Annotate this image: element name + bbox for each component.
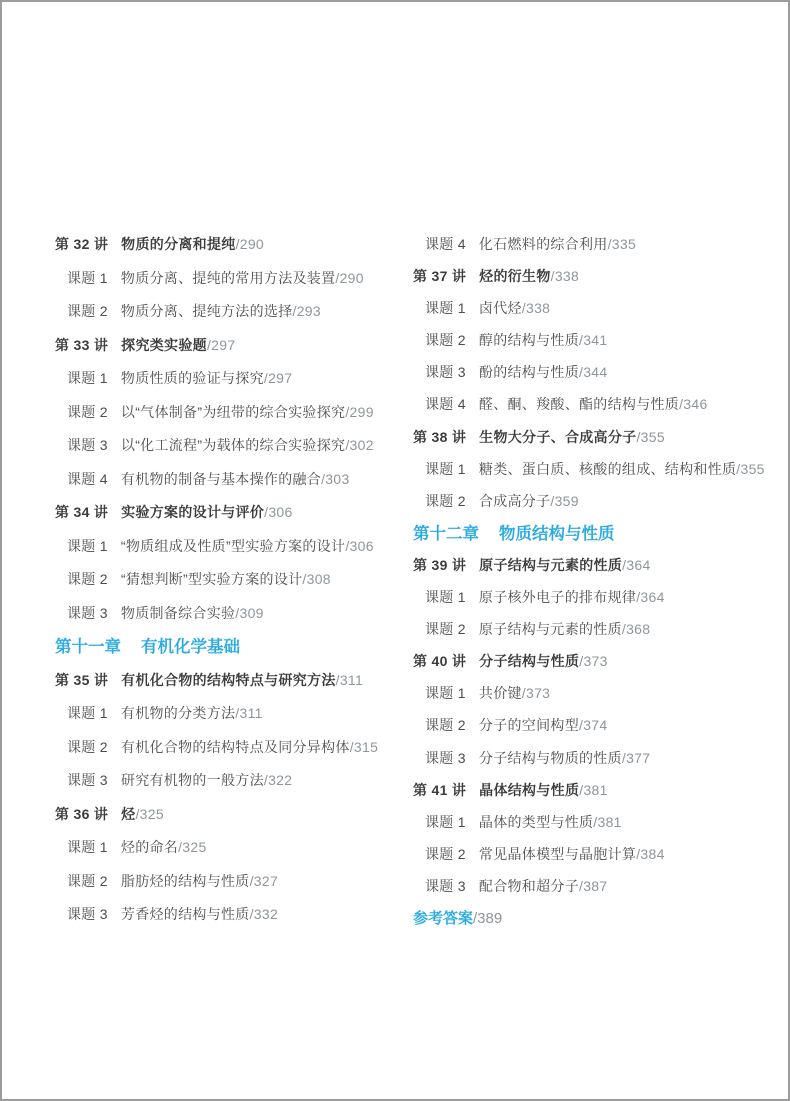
- toc-entry: 课题 3分子结构与物质的性质/377: [413, 750, 783, 782]
- toc-entry-page: /368: [622, 621, 650, 637]
- toc-entry-prefix: 第 34 讲: [55, 504, 108, 520]
- toc-column-left: 第 32 讲物质的分离和提纯/290 课题 1物质分离、提纯的常用方法及装置/2…: [55, 236, 407, 940]
- toc-entry-prefix: 课题 2: [67, 571, 108, 587]
- toc-entry-prefix: 课题 1: [425, 589, 466, 605]
- toc-entry-prefix: 课题 2: [425, 493, 466, 509]
- toc-entry-prefix: 第十一章: [55, 638, 121, 657]
- toc-entry-prefix: 第 32 讲: [55, 236, 108, 252]
- toc-entry-page: /387: [579, 878, 607, 894]
- toc-entry-page: /322: [264, 772, 292, 788]
- toc-entry: 课题 1糖类、蛋白质、核酸的组成、结构和性质/355: [413, 461, 783, 493]
- toc-entry-prefix: 第 40 讲: [413, 653, 466, 669]
- toc-entry-title: 原子结构与元素的性质: [479, 621, 622, 637]
- toc-entry-title: “猜想判断”型实验方案的设计: [121, 571, 303, 587]
- toc-entry: 课题 1物质性质的验证与探究/297: [55, 370, 407, 404]
- toc-entry-page: /311: [336, 672, 363, 688]
- toc-entry-prefix: 课题 1: [67, 705, 108, 721]
- toc-entry: 第 34 讲实验方案的设计与评价/306: [55, 504, 407, 538]
- toc-entry-prefix: 课题 1: [67, 370, 108, 386]
- toc-entry-prefix: 第 36 讲: [55, 806, 108, 822]
- toc-entry-prefix: 课题 3: [425, 364, 466, 380]
- toc-entry-page: /293: [293, 303, 321, 319]
- toc-entry-page: /381: [593, 814, 621, 830]
- toc-entry-prefix: 课题 3: [67, 605, 108, 621]
- toc-entry-prefix: 第 37 讲: [413, 268, 466, 284]
- toc-entry-prefix: 课题 2: [67, 739, 108, 755]
- toc-entry-page: /374: [579, 717, 607, 733]
- toc-entry-prefix: 第 35 讲: [55, 672, 108, 688]
- toc-entry-page: /325: [178, 839, 206, 855]
- toc-entry-title: 物质结构与性质: [499, 525, 615, 543]
- book-toc-page: 第 32 讲物质的分离和提纯/290 课题 1物质分离、提纯的常用方法及装置/2…: [0, 0, 790, 1101]
- toc-entry: 第 37 讲烃的衍生物/338: [413, 268, 783, 300]
- toc-entry-title: 分子结构与物质的性质: [479, 750, 622, 766]
- toc-entry-title: 有机化合物的结构特点及同分异构体: [121, 739, 350, 755]
- toc-entry-prefix: 课题 1: [425, 814, 466, 830]
- toc-entry-title: 以“气体制备”为纽带的综合实验探究: [121, 404, 345, 420]
- toc-entry: 课题 3芳香烃的结构与性质/332: [55, 906, 407, 940]
- toc-entry-title: 醇的结构与性质: [479, 332, 579, 348]
- toc-entry-page: /315: [350, 739, 378, 755]
- toc-entry: 第 33 讲探究类实验题/297: [55, 337, 407, 371]
- toc-entry: 课题 1晶体的类型与性质/381: [413, 814, 783, 846]
- toc-entry-title: 配合物和超分子: [479, 878, 579, 894]
- toc-entry: 参考答案/389: [413, 910, 783, 942]
- toc-entry-title: “物质组成及性质”型实验方案的设计: [121, 538, 345, 554]
- toc-entry: 第 40 讲分子结构与性质/373: [413, 653, 783, 685]
- toc-entry-title: 原子结构与元素的性质: [479, 557, 622, 573]
- toc-entry-prefix: 课题 3: [67, 772, 108, 788]
- toc-entry: 课题 2醇的结构与性质/341: [413, 332, 783, 364]
- toc-entry: 第 35 讲有机化合物的结构特点与研究方法/311: [55, 672, 407, 706]
- toc-entry-title: 合成高分子: [479, 493, 551, 509]
- toc-entry: 课题 1“物质组成及性质”型实验方案的设计/306: [55, 538, 407, 572]
- toc-entry-title: 以“化工流程”为载体的综合实验探究: [121, 437, 345, 453]
- toc-entry-page: /299: [345, 404, 373, 420]
- toc-entry: 课题 2以“气体制备”为纽带的综合实验探究/299: [55, 404, 407, 438]
- toc-entry: 课题 4有机物的制备与基本操作的融合/303: [55, 471, 407, 505]
- toc-entry-page: /297: [264, 370, 292, 386]
- toc-entry-title: 实验方案的设计与评价: [121, 504, 264, 520]
- toc-entry: 课题 2原子结构与元素的性质/368: [413, 621, 783, 653]
- toc-entry-prefix: 第 38 讲: [413, 429, 466, 445]
- toc-entry-page: /325: [135, 806, 163, 822]
- toc-entry-title: 物质分离、提纯方法的选择: [121, 303, 293, 319]
- toc-entry-page: /303: [321, 471, 349, 487]
- toc-entry-title: 有机物的制备与基本操作的融合: [121, 471, 321, 487]
- toc-entry-prefix: 第 39 讲: [413, 557, 466, 573]
- toc-entry-page: /335: [608, 236, 636, 252]
- toc-entry-prefix: 课题 3: [425, 878, 466, 894]
- toc-entry-prefix: 课题 1: [425, 685, 466, 701]
- toc-entry-prefix: 课题 3: [67, 437, 108, 453]
- toc-entry-page: /381: [579, 782, 607, 798]
- toc-entry-prefix: 第 33 讲: [55, 337, 108, 353]
- toc-entry-page: /364: [636, 589, 664, 605]
- toc-entry-prefix: 课题 4: [425, 236, 466, 252]
- toc-entry-prefix: 课题 2: [425, 332, 466, 348]
- toc-entry-prefix: 课题 2: [425, 621, 466, 637]
- toc-entry-title: 物质性质的验证与探究: [121, 370, 264, 386]
- toc-entry-title: 共价键: [479, 685, 522, 701]
- toc-entry: 课题 2物质分离、提纯方法的选择/293: [55, 303, 407, 337]
- toc-entry-title: 探究类实验题: [121, 337, 207, 353]
- toc-entry: 课题 1烃的命名/325: [55, 839, 407, 873]
- toc-entry-title: 糖类、蛋白质、核酸的组成、结构和性质: [479, 461, 736, 477]
- toc-entry: 课题 1物质分离、提纯的常用方法及装置/290: [55, 270, 407, 304]
- toc-entry-title: 物质的分离和提纯: [121, 236, 235, 252]
- toc-entry-page: /306: [264, 504, 292, 520]
- toc-entry-page: /290: [236, 236, 264, 252]
- toc-entry-page: /311: [235, 705, 262, 721]
- toc-entry-title: 常见晶体模型与晶胞计算: [479, 846, 636, 862]
- toc-entry-prefix: 课题 2: [67, 404, 108, 420]
- toc-entry: 第 38 讲生物大分子、合成高分子/355: [413, 429, 783, 461]
- toc-entry-page: /309: [235, 605, 263, 621]
- toc-entry: 课题 2“猜想判断”型实验方案的设计/308: [55, 571, 407, 605]
- toc-entry-page: /346: [679, 396, 707, 412]
- toc-entry: 第 41 讲晶体结构与性质/381: [413, 782, 783, 814]
- toc-entry-title: 烃的衍生物: [479, 268, 551, 284]
- toc-entry-prefix: 课题 1: [67, 839, 108, 855]
- toc-entry: 课题 4化石燃料的综合利用/335: [413, 236, 783, 268]
- toc-entry: 第十二章物质结构与性质: [413, 525, 783, 557]
- toc-entry: 第 32 讲物质的分离和提纯/290: [55, 236, 407, 270]
- toc-entry-title: 脂肪烃的结构与性质: [121, 873, 250, 889]
- toc-entry-prefix: 课题 2: [425, 846, 466, 862]
- toc-entry-prefix: 课题 1: [425, 461, 466, 477]
- toc-entry-page: /344: [579, 364, 607, 380]
- toc-entry-page: /355: [736, 461, 764, 477]
- toc-entry-title: 晶体的类型与性质: [479, 814, 593, 830]
- toc-entry-page: /338: [551, 268, 579, 284]
- toc-entry-title: 物质分离、提纯的常用方法及装置: [121, 270, 336, 286]
- toc-entry: 课题 2脂肪烃的结构与性质/327: [55, 873, 407, 907]
- toc-entry-title: 生物大分子、合成高分子: [479, 429, 636, 445]
- toc-entry-prefix: 课题 4: [67, 471, 108, 487]
- toc-entry-page: /306: [345, 538, 373, 554]
- toc-entry: 课题 2合成高分子/359: [413, 493, 783, 525]
- toc-entry-page: /302: [345, 437, 373, 453]
- toc-entry-title: 芳香烃的结构与性质: [121, 906, 250, 922]
- toc-entry-page: /373: [522, 685, 550, 701]
- toc-entry-title: 研究有机物的一般方法: [121, 772, 264, 788]
- toc-entry: 课题 2分子的空间构型/374: [413, 717, 783, 749]
- toc-entry-prefix: 课题 2: [67, 873, 108, 889]
- toc-entry-page: /389: [473, 910, 502, 927]
- toc-entry: 课题 3物质制备综合实验/309: [55, 605, 407, 639]
- toc-entry-page: /297: [207, 337, 235, 353]
- toc-entry: 第 36 讲烃/325: [55, 806, 407, 840]
- toc-entry-prefix: 课题 1: [67, 270, 108, 286]
- toc-entry-page: /338: [522, 300, 550, 316]
- toc-entry-page: /364: [622, 557, 650, 573]
- toc-entry: 课题 3以“化工流程”为载体的综合实验探究/302: [55, 437, 407, 471]
- toc-column-right: 课题 4化石燃料的综合利用/335 第 37 讲烃的衍生物/338 课题 1卤代…: [413, 236, 783, 942]
- toc-entry-page: /327: [250, 873, 278, 889]
- toc-entry-title: 酚的结构与性质: [479, 364, 579, 380]
- toc-entry-prefix: 课题 3: [67, 906, 108, 922]
- toc-entry-title: 分子的空间构型: [479, 717, 579, 733]
- toc-entry-prefix: 课题 2: [67, 303, 108, 319]
- toc-entry-title: 有机化学基础: [141, 638, 240, 656]
- toc-entry-prefix: 课题 2: [425, 717, 466, 733]
- toc-entry: 第十一章有机化学基础: [55, 638, 407, 672]
- toc-entry: 课题 3研究有机物的一般方法/322: [55, 772, 407, 806]
- toc-entry: 课题 1共价键/373: [413, 685, 783, 717]
- toc-entry: 课题 1有机物的分类方法/311: [55, 705, 407, 739]
- toc-entry-page: /359: [550, 493, 578, 509]
- toc-entry: 课题 1原子核外电子的排布规律/364: [413, 589, 783, 621]
- toc-entry-title: 物质制备综合实验: [121, 605, 235, 621]
- toc-entry-page: /332: [250, 906, 278, 922]
- toc-entry-prefix: 第 41 讲: [413, 782, 466, 798]
- toc-entry: 课题 2有机化合物的结构特点及同分异构体/315: [55, 739, 407, 773]
- toc-entry: 课题 4醛、酮、羧酸、酯的结构与性质/346: [413, 396, 783, 428]
- toc-entry-title: 有机物的分类方法: [121, 705, 235, 721]
- toc-entry: 课题 3酚的结构与性质/344: [413, 364, 783, 396]
- toc-entry-page: /373: [579, 653, 607, 669]
- toc-entry-page: /355: [636, 429, 664, 445]
- toc-entry-page: /308: [302, 571, 330, 587]
- toc-entry: 课题 2常见晶体模型与晶胞计算/384: [413, 846, 783, 878]
- toc-entry-title: 有机化合物的结构特点与研究方法: [121, 672, 336, 688]
- toc-entry-title: 原子核外电子的排布规律: [479, 589, 636, 605]
- toc-entry-prefix: 课题 4: [425, 396, 466, 412]
- toc-entry-page: /290: [335, 270, 363, 286]
- toc-entry-title: 化石燃料的综合利用: [479, 236, 608, 252]
- toc-entry-page: /341: [579, 332, 607, 348]
- toc-entry-title: 晶体结构与性质: [479, 782, 579, 798]
- toc-entry: 课题 3配合物和超分子/387: [413, 878, 783, 910]
- toc-entry: 第 39 讲原子结构与元素的性质/364: [413, 557, 783, 589]
- toc-entry-prefix: 第十二章: [413, 525, 479, 544]
- toc-entry-page: /384: [636, 846, 664, 862]
- toc-entry-title: 参考答案: [413, 910, 473, 927]
- toc-entry-title: 醛、酮、羧酸、酯的结构与性质: [479, 396, 679, 412]
- toc-entry-prefix: 课题 1: [67, 538, 108, 554]
- toc-entry-title: 烃: [121, 806, 135, 822]
- toc-entry-prefix: 课题 3: [425, 750, 466, 766]
- toc-entry-page: /377: [622, 750, 650, 766]
- toc-entry-prefix: 课题 1: [425, 300, 466, 316]
- toc-entry-title: 烃的命名: [121, 839, 178, 855]
- toc-entry-title: 卤代烃: [479, 300, 522, 316]
- toc-entry: 课题 1卤代烃/338: [413, 300, 783, 332]
- toc-entry-title: 分子结构与性质: [479, 653, 579, 669]
